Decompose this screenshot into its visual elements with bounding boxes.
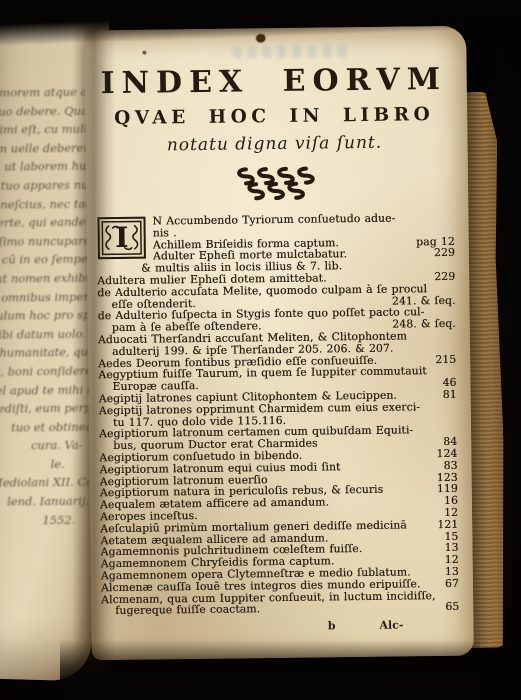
page-number: 67	[445, 578, 459, 590]
catchword: Alc-	[379, 619, 403, 632]
page-footer: b Alc-	[101, 618, 459, 635]
left-page-text-line: nomine tuo appares nud	[0, 176, 96, 196]
page-number: 121	[437, 519, 458, 531]
page-number: 65	[445, 601, 459, 613]
left-page-text-line: ſemel apud te mihi in	[0, 380, 98, 400]
left-page-text-line: credibili humanitate, quæ	[0, 343, 98, 363]
index-entries: I N Accumbendo Tyriorum conſuetudo adue-…	[96, 212, 459, 617]
left-page-text-line: a te peto, ut laborem hunc	[0, 157, 96, 177]
page-number: 229	[434, 247, 455, 259]
left-page-text-line: plurimum uelle deberent	[0, 138, 96, 158]
left-page-text-line: ne me fuerte, qui eandem	[0, 213, 96, 233]
colophon-date: 1552.	[0, 510, 99, 530]
page-number: 215	[435, 353, 456, 365]
left-page-text-line: in perpetuo debere. Quam	[0, 101, 95, 121]
fleuron-ornament	[232, 165, 318, 202]
colophon-line: le.	[0, 454, 99, 474]
colophon-line: cura. Va-	[0, 436, 99, 456]
page-number: 229	[434, 271, 455, 283]
left-page-text-line: que alijs omnibus imperti	[0, 287, 97, 307]
signature-mark: b	[328, 619, 336, 632]
entry-text: fugereque fuiſſe coactam.	[115, 603, 260, 618]
left-page-text-line: ea boni tibi datum uolo. In	[0, 324, 97, 344]
ink-spot	[142, 51, 146, 55]
drop-cap-letter: I	[115, 224, 129, 252]
page-subtitle: QVAE HOC IN LIBRO	[95, 104, 453, 129]
left-page-text-line: dum: ſed cū in eo ſempere	[0, 250, 97, 270]
left-page-text-line: dediſti, eum perpe	[0, 399, 98, 419]
left-page-text-line: in gratiſſimo nuncupares	[0, 231, 97, 251]
ghost-stamp-mark	[232, 45, 350, 58]
left-page-text-line: illud eſt, boni conſideres	[0, 361, 98, 381]
index-page: INDEX EORVM QVAE HOC IN LIBRO notatu dig…	[84, 26, 474, 661]
colophon-line: lend. Ianuarij.	[0, 492, 99, 512]
left-page-text: nedum amorem atque ob in perpetuo debere…	[0, 83, 99, 531]
left-page-text-line: tuo et obtineas	[0, 417, 98, 437]
page-number: 83	[443, 460, 457, 472]
book-photo: nedum amorem atque ob in perpetuo debere…	[0, 0, 521, 700]
ink-spot	[256, 34, 265, 42]
colophon-line: Mediolani XII. Ca-	[0, 473, 99, 493]
left-page-text-line: contum ut nomen exhibui	[0, 268, 97, 288]
page-subtitle-italic: notatu digna viſa ſunt.	[95, 132, 453, 156]
left-page-text-line: Non ſum neſcius, nec tam	[0, 194, 96, 214]
page-number: 81	[443, 389, 457, 401]
index-entry-line: fugereque fuiſſe coactam.65	[115, 601, 459, 617]
page-title: INDEX EORVM	[95, 62, 453, 101]
left-page-text-line: gene animi eſt, cu multa	[0, 120, 95, 140]
left-page-text-line: munuſculum hoc pro spe	[0, 306, 97, 326]
left-page-text-line: nedum amorem atque ob	[0, 83, 95, 103]
